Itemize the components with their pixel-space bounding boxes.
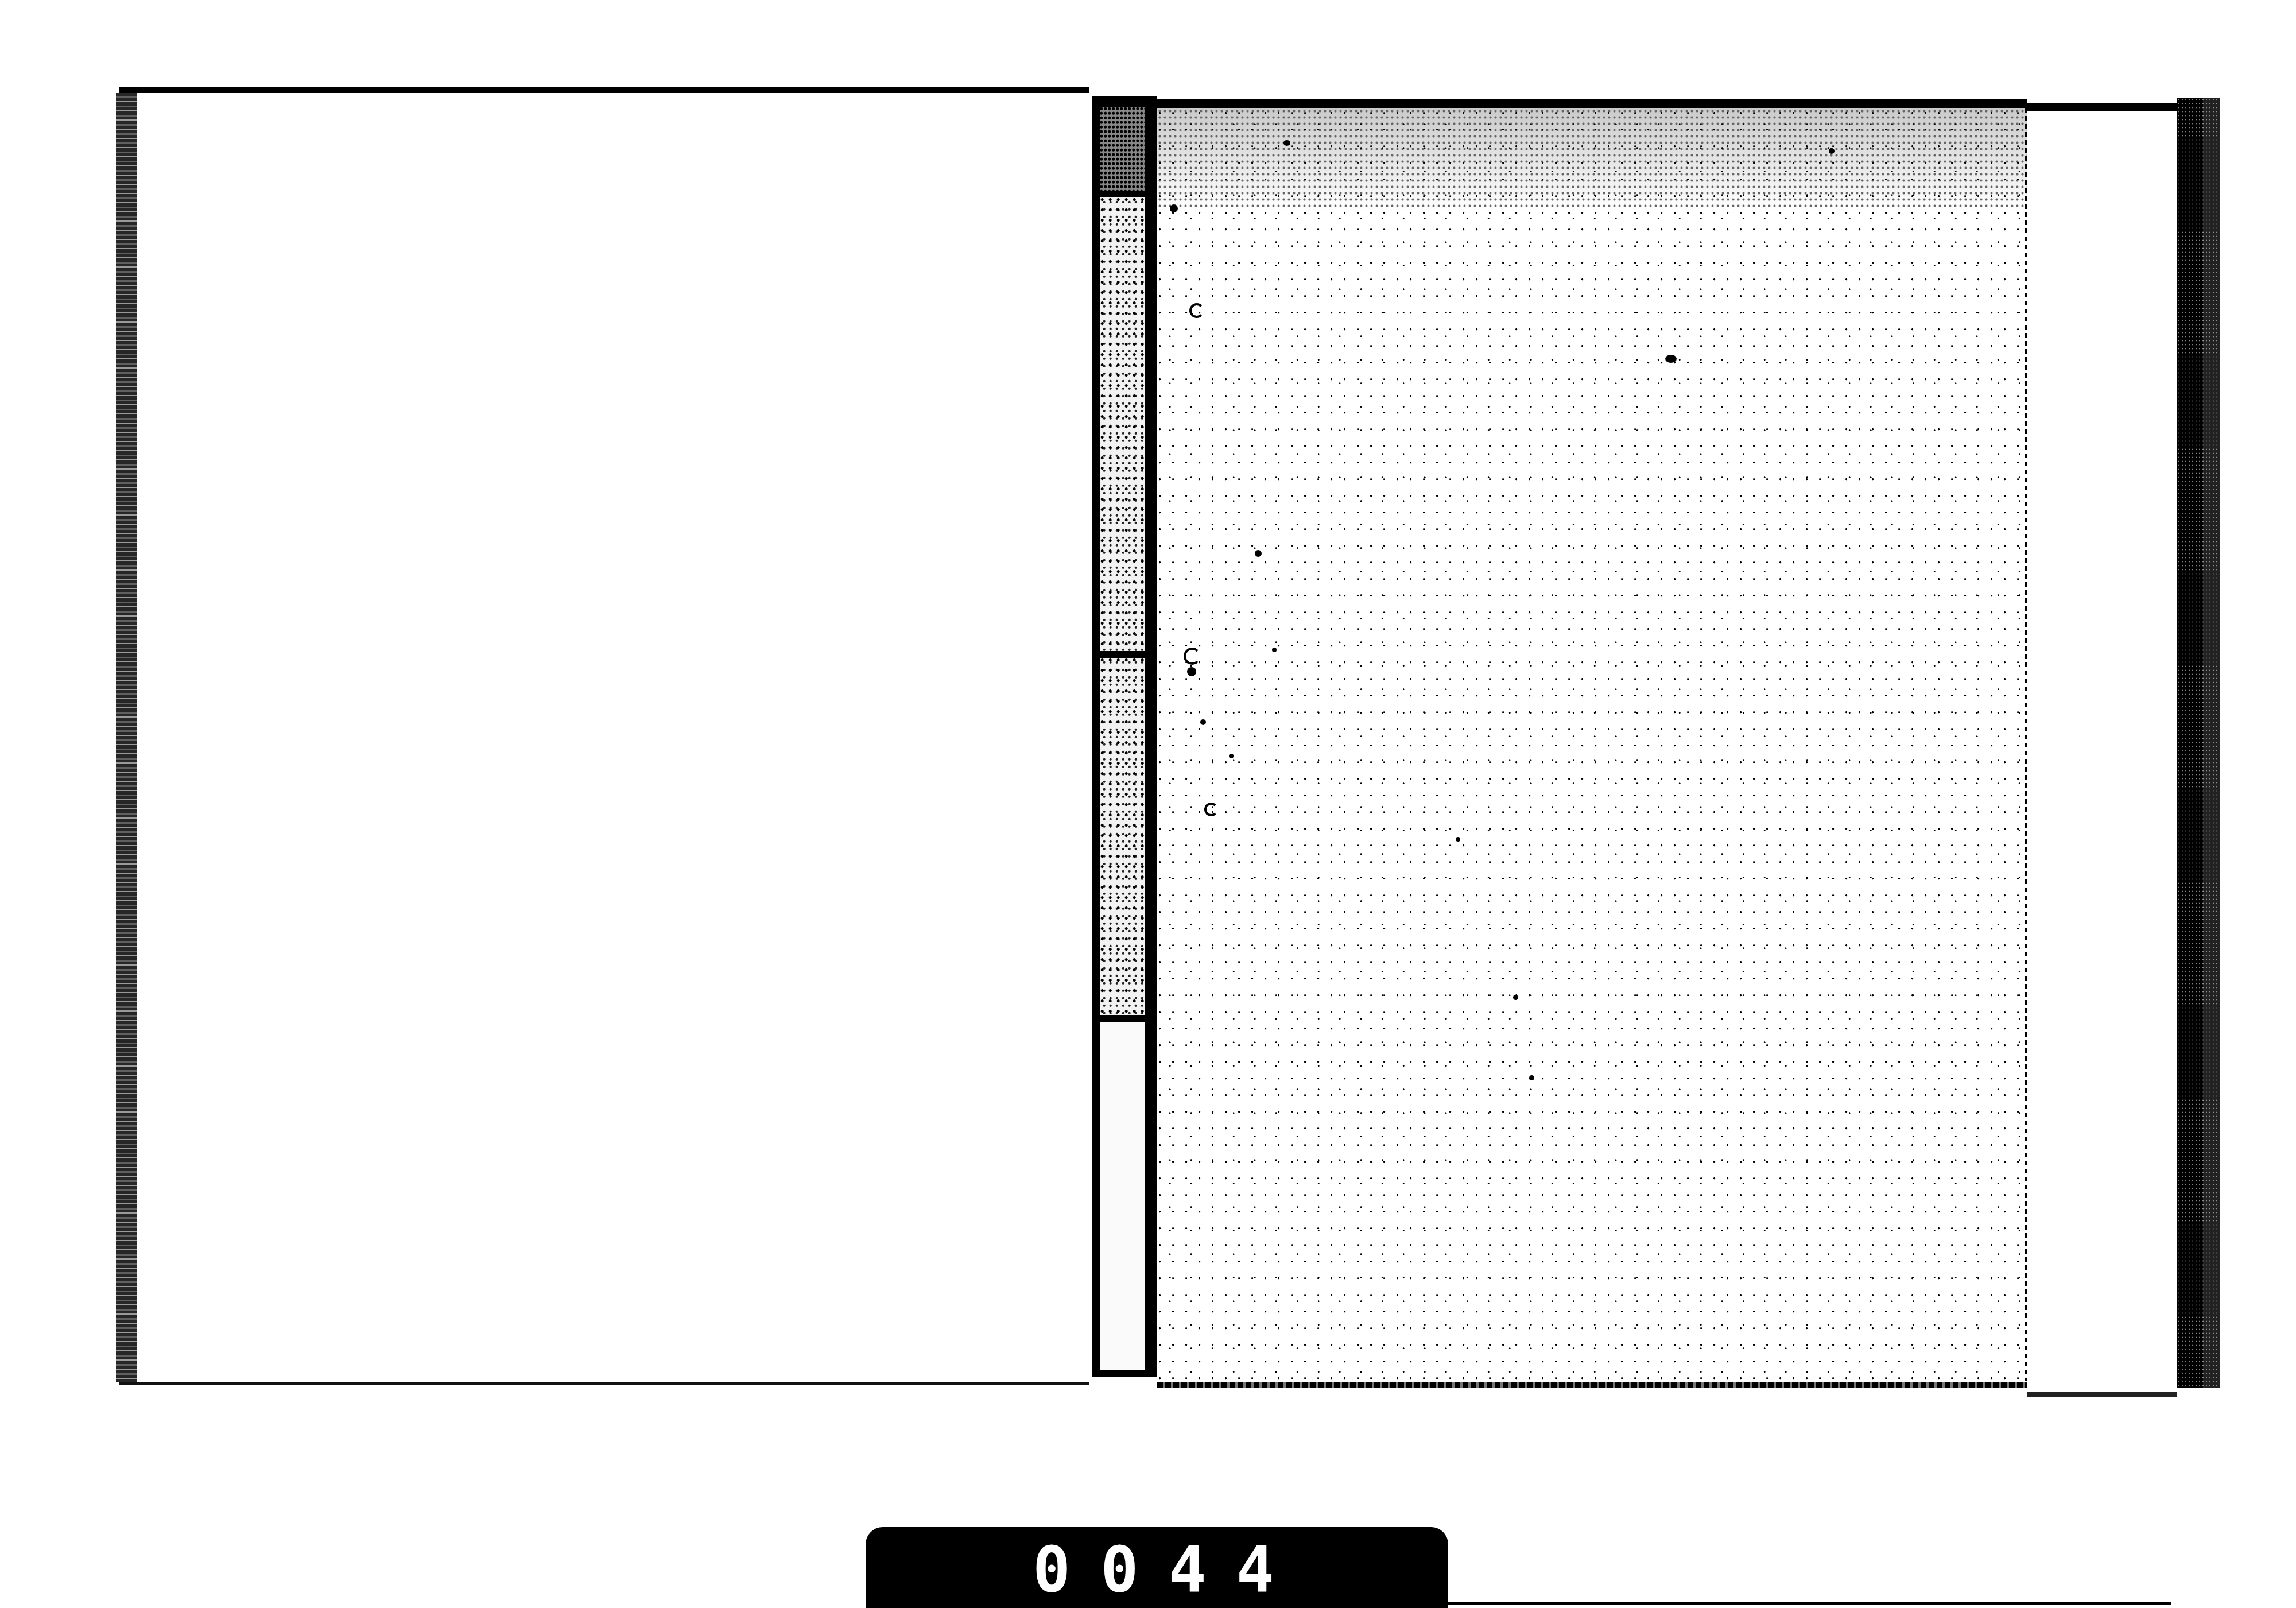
microfilm-frame: 0044 (0, 0, 2296, 1608)
frame-number: 0044 (1033, 1533, 1304, 1606)
ink-blot (1272, 648, 1277, 652)
ink-blot (1829, 148, 1835, 154)
ink-ring (1189, 303, 1204, 318)
film-base-line (1448, 1602, 2171, 1605)
spine-divider (1100, 191, 1145, 196)
ink-blot (1456, 837, 1460, 842)
spine-panel-2 (1100, 197, 1145, 651)
spine-divider (1100, 1015, 1145, 1021)
ink-blot (1665, 355, 1677, 363)
spine-divider (1100, 651, 1145, 657)
page-bottom-rule (1157, 1382, 2027, 1388)
spine-panel-4 (1100, 1022, 1145, 1370)
ink-blot (1170, 204, 1178, 212)
ink-blot (1283, 140, 1290, 146)
frame-number-label: 0044 (866, 1527, 1448, 1608)
spine-panel-3 (1100, 658, 1145, 1015)
ink-blot (1513, 995, 1518, 1000)
cover-flap (2027, 103, 2177, 1397)
ink-blot (1529, 1075, 1534, 1080)
right-page (1157, 99, 2027, 1381)
left-page (119, 87, 1089, 1385)
cover-edge (2177, 98, 2220, 1388)
ink-ring (1184, 648, 1201, 665)
ink-blot (1187, 667, 1196, 676)
spine-panel-top (1100, 107, 1145, 191)
ink-blot (1200, 719, 1206, 725)
ink-blot (1229, 754, 1234, 758)
book-spine (1092, 96, 1157, 1377)
ink-blot (1255, 550, 1262, 557)
ink-ring (1204, 803, 1218, 816)
